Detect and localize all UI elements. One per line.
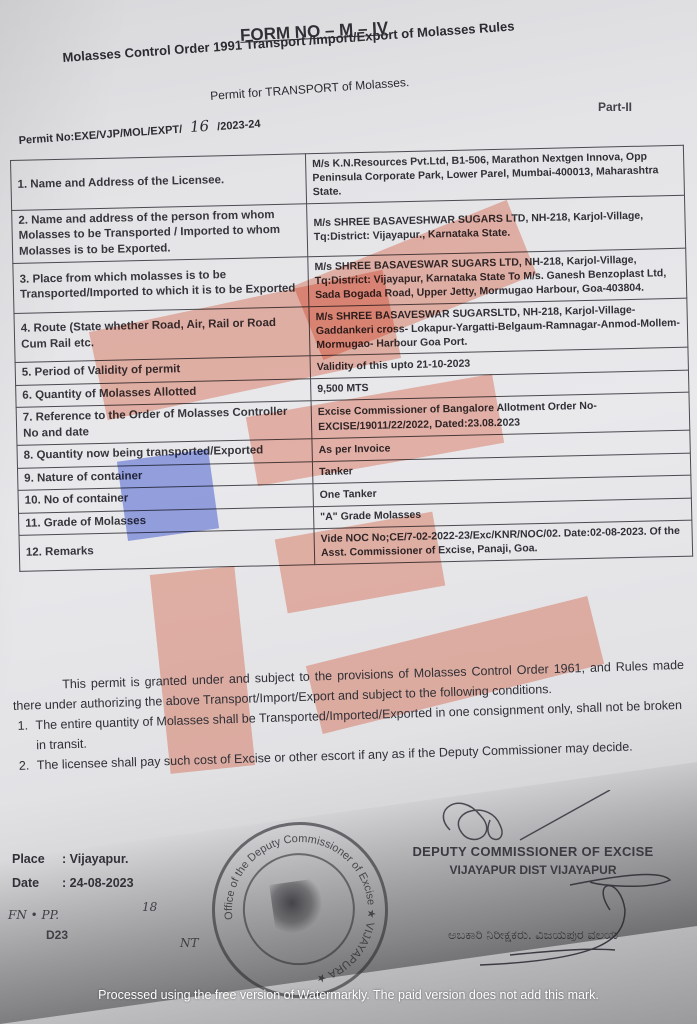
field-label: 3. Place from which molasses is to be Tr… (13, 257, 309, 313)
signatory-designation: DEPUTY COMMISSIONER OF EXCISE (388, 844, 678, 859)
handwritten-note: 18 (142, 900, 157, 914)
field-label: 12. Remarks (19, 529, 315, 571)
place-label: Place (12, 848, 62, 872)
field-value: M/s SHREE BASAVESWAR SUGARS LTD, NH-218,… (308, 248, 687, 306)
watermark-text: Processed using the free version of Wate… (0, 988, 697, 1002)
date-value: : 24-08-2023 (62, 876, 134, 890)
place-date-block: Place: Vijayapur. Date: 24-08-2023 (12, 848, 134, 896)
permit-details-table: 1. Name and Address of the Licensee.M/s … (10, 145, 693, 572)
place-value: : Vijayapur. (62, 852, 128, 866)
field-label: 2. Name and address of the person from w… (12, 203, 308, 263)
signatory-district: VIJAYAPUR DIST VIJAYAPUR (388, 863, 678, 877)
handwritten-note: NT (180, 936, 199, 950)
handwritten-note: FN • PP. (8, 908, 59, 922)
signatory-block: DEPUTY COMMISSIONER OF EXCISE VIJAYAPUR … (388, 844, 678, 943)
part-label: Part-II (598, 100, 632, 114)
permit-number-handwritten: 16 (189, 117, 209, 136)
field-value: M/s SHREE BASAVESWAR SUGARSLTD, NH-218, … (309, 298, 688, 356)
official-seal-stamp: Office of the Deputy Commissioner of Exc… (201, 811, 400, 1010)
field-label: 7. Reference to the Order of Molasses Co… (16, 401, 312, 446)
seal-emblem-icon (269, 878, 326, 936)
field-label: 4. Route (State whether Road, Air, Rail … (14, 306, 310, 362)
date-label: Date (12, 872, 62, 896)
field-value: M/s K.N.Resources Pvt.Ltd, B1-506, Marat… (305, 145, 684, 203)
field-label: 1. Name and Address of the Licensee. (11, 154, 307, 210)
permit-number-suffix: /2023-24 (217, 118, 261, 133)
permit-conditions: This permit is granted under and subject… (12, 655, 687, 776)
handwritten-note: D23 (46, 928, 68, 942)
field-value: M/s SHREE BASAVESHWAR SUGARS LTD, NH-218… (307, 195, 686, 257)
signatory-kannada-title: ಅಬಕಾರಿ ನಿರೀಕ್ಷಕರು. ವಿಜಯಪುರ ವಲಯ (388, 927, 678, 943)
